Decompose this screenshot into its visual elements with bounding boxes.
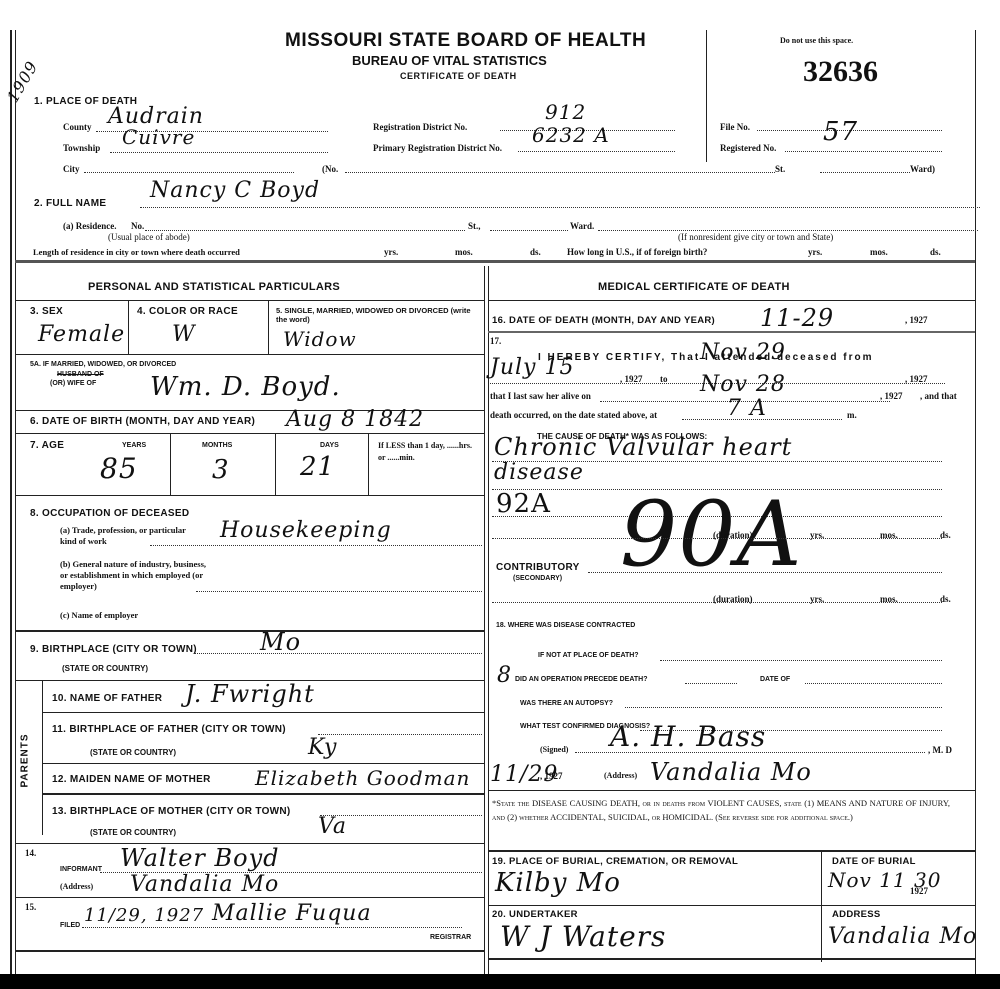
form-doc-type: CERTIFICATE OF DEATH	[400, 71, 517, 81]
age-divider-3	[368, 433, 369, 495]
primary-reg-district-label: Primary Registration District No.	[373, 143, 502, 153]
father-city-field[interactable]	[318, 725, 482, 735]
residence-no-label: No.	[131, 221, 144, 231]
days-value[interactable]: 21	[300, 452, 335, 482]
attended-from-year: , 1927	[620, 374, 643, 384]
attended-to-year: , 1927	[905, 374, 928, 384]
undertaker-label: 20. UNDERTAKER	[492, 909, 578, 920]
form-title: MISSOURI STATE BOARD OF HEALTH	[285, 30, 646, 52]
primary-reg-district-value: 6232 A	[532, 123, 610, 147]
burial-date-label: DATE OF BURIAL	[832, 856, 916, 867]
spouse-label-2: HUSBAND OF	[57, 371, 104, 378]
section-divider	[15, 260, 975, 263]
row-line-footnote	[488, 850, 975, 852]
dod-label: 16. DATE OF DEATH (MONTH, DAY AND YEAR)	[492, 315, 715, 326]
where-contracted-num: 18.	[496, 622, 506, 629]
scan-bottom-edge	[0, 974, 1000, 989]
sex-label: 3. SEX	[30, 306, 63, 317]
contributory-label: CONTRIBUTORY	[496, 562, 580, 573]
mother-birthplace-label: 13. BIRTHPLACE OF MOTHER (CITY OR TOWN)	[52, 806, 291, 817]
filed-field[interactable]: 11/29, 1927 Mallie Fuqua	[82, 915, 462, 928]
parents-label: PARENTS	[20, 733, 31, 787]
foreign-ds-label: ds.	[930, 247, 941, 257]
age-label: 7. AGE	[30, 440, 64, 451]
undertaker-address-value[interactable]: Vandalia Mo	[828, 924, 977, 949]
nonresident-note: (If nonresident give city or town and St…	[678, 232, 833, 242]
and-that-label: , and that	[920, 391, 957, 401]
marital-value[interactable]: Widow	[283, 327, 357, 351]
dob-label: 6. DATE OF BIRTH (MONTH, DAY AND YEAR)	[30, 416, 255, 427]
certificate-number: 32636	[803, 55, 878, 89]
cause-code: 92A	[496, 489, 551, 519]
full-name-field[interactable]: Nancy C Boyd	[140, 188, 980, 208]
medical-section-title: MEDICAL CERTIFICATE OF DEATH	[598, 281, 790, 293]
not-place-field[interactable]	[660, 652, 942, 661]
residence-st-label: St.,	[468, 221, 481, 231]
md-label: , M. D	[928, 745, 952, 755]
occ-a-value: Housekeeping	[220, 518, 392, 543]
operation-label: DID AN OPERATION PRECEDE DEATH?	[515, 676, 648, 683]
m-label: m.	[847, 410, 857, 420]
address-value[interactable]: Vandalia Mo	[650, 758, 812, 786]
column-divider-right	[488, 266, 489, 974]
township-field[interactable]: Cuivre	[110, 133, 328, 153]
autopsy-label: WAS THERE AN AUTOPSY?	[520, 700, 613, 707]
full-name-value: Nancy C Boyd	[150, 178, 320, 203]
father-birthplace-value[interactable]: Ky	[308, 735, 337, 760]
row-line-15	[15, 950, 484, 952]
cause-line1-value: Chronic Valvular heart	[494, 433, 792, 461]
duration-yrs-1: yrs.	[810, 530, 824, 540]
foreign-mos-label: mos.	[870, 247, 888, 257]
last-saw-label: that I last saw her alive on	[490, 391, 591, 401]
mother-name-value[interactable]: Elizabeth Goodman	[255, 766, 470, 790]
last-saw-value: Nov 28	[700, 372, 786, 397]
row-line-3	[15, 354, 484, 355]
burial-date-year: 1927	[910, 886, 928, 896]
filed-label: FILED	[60, 922, 80, 929]
form-subtitle: BUREAU OF VITAL STATISTICS	[352, 53, 547, 68]
autopsy-field[interactable]	[625, 699, 942, 708]
city-st-label: St.	[775, 164, 785, 174]
birthplace-sub: (STATE OR COUNTRY)	[62, 664, 148, 673]
death-occurred-label: death occurred, on the date stated above…	[490, 410, 657, 420]
race-value[interactable]: W	[172, 322, 196, 347]
years-value[interactable]: 85	[100, 452, 138, 485]
months-label: MONTHS	[202, 442, 232, 449]
city-no-label: (No.	[322, 164, 338, 174]
operation-field[interactable]	[685, 675, 737, 684]
ward-label: Ward)	[910, 164, 935, 174]
row-line-12	[42, 793, 484, 795]
residence-ward-field[interactable]	[490, 219, 568, 231]
registered-no-field[interactable]: 57	[785, 131, 942, 152]
days-label: DAYS	[320, 442, 339, 449]
city-ward-field[interactable]	[820, 154, 910, 173]
mother-name-label: 12. MAIDEN NAME OF MOTHER	[52, 774, 211, 785]
length-yrs-label: yrs.	[384, 247, 398, 257]
attended-from[interactable]: July 15	[490, 355, 574, 380]
left-border-inner	[15, 30, 16, 975]
reg-district-label: Registration District No.	[373, 122, 467, 132]
row-line-7	[15, 495, 484, 496]
age-divider-1	[170, 433, 171, 495]
column-divider-left	[484, 266, 485, 974]
personal-section-title: PERSONAL AND STATISTICAL PARTICULARS	[88, 281, 340, 293]
undertaker-value[interactable]: W J Waters	[500, 920, 666, 953]
undertaker-address-label: ADDRESS	[832, 909, 881, 920]
years-label: YEARS	[122, 442, 146, 449]
father-name-label: 10. NAME OF FATHER	[52, 693, 162, 704]
duration-ds-2: ds.	[940, 594, 951, 604]
length-ds-label: ds.	[530, 247, 541, 257]
header-divider	[706, 30, 707, 162]
occ-b-label: (b) General nature of industry, business…	[60, 559, 210, 592]
father-birthplace-sub: (STATE OR COUNTRY)	[90, 748, 176, 757]
dob-value[interactable]: Aug 8 1842	[286, 407, 424, 432]
sex-race-divider	[128, 300, 129, 354]
certify-num: 17.	[490, 336, 501, 346]
duration-mos-1: mos.	[880, 530, 898, 540]
date-of-label: DATE OF	[760, 676, 790, 683]
row-line-16	[488, 331, 975, 333]
informant-num: 14.	[25, 848, 36, 858]
parents-divider	[42, 680, 43, 835]
race-label: 4. COLOR OR RACE	[137, 306, 238, 317]
row-line-19	[488, 905, 975, 906]
file-no-label: File No.	[720, 122, 750, 132]
row-line-8	[15, 630, 484, 632]
medical-margin-mark: 8	[497, 663, 512, 688]
time-value: 7 A	[727, 396, 767, 421]
spouse-value[interactable]: Wm. D. Boyd.	[150, 372, 341, 402]
father-name-value[interactable]: J. Fwright	[185, 680, 315, 708]
medical-header-line	[488, 300, 975, 301]
abode-note: (Usual place of abode)	[108, 232, 190, 242]
race-marital-divider	[268, 300, 269, 354]
signed-year: , 1927	[540, 771, 563, 781]
duration-yrs-2: yrs.	[810, 594, 824, 604]
contributory-field[interactable]	[588, 563, 942, 573]
cause-line2-value: disease	[494, 460, 584, 485]
birthplace-label: 9. BIRTHPLACE (CITY OR TOWN)	[30, 644, 197, 655]
residence-ward-label: Ward.	[570, 221, 594, 231]
occ-a-field[interactable]: Housekeeping	[150, 528, 482, 546]
city-street-field[interactable]	[345, 154, 775, 173]
row-line-18	[488, 790, 975, 791]
occ-b-field[interactable]	[196, 582, 482, 592]
left-border-outer	[10, 30, 12, 975]
burial-place-label: 19. PLACE OF BURIAL, CREMATION, OR REMOV…	[492, 856, 738, 867]
informant-address-value[interactable]: Vandalia Mo	[130, 872, 279, 897]
township-value: Cuivre	[122, 125, 195, 149]
where-contracted-label: 18. WHERE WAS DISEASE CONTRACTED	[496, 622, 635, 629]
not-place-label: IF NOT AT PLACE OF DEATH?	[538, 652, 639, 659]
length-mos-label: mos.	[455, 247, 473, 257]
reg-district-value: 912	[545, 100, 586, 124]
personal-header-line	[15, 300, 484, 301]
primary-reg-district-field[interactable]: 6232 A	[518, 131, 675, 152]
duration-mos-2: mos.	[880, 594, 898, 604]
residence-field[interactable]	[145, 219, 465, 231]
residence-label: (a) Residence.	[63, 221, 117, 231]
full-name-label: 2. FULL NAME	[34, 198, 106, 209]
duration-label-2: (duration)	[713, 594, 753, 604]
office-note: Do not use this space.	[780, 36, 853, 45]
age-divider-2	[275, 433, 276, 495]
spouse-label-3: (OR) WIFE OF	[50, 380, 96, 387]
attended-to[interactable]: Nov 29	[700, 340, 786, 365]
row-line-6	[15, 433, 484, 434]
row-line-10	[42, 712, 484, 713]
occ-c-label: (c) Name of employer	[60, 610, 138, 620]
last-saw-year: , 1927	[880, 391, 903, 401]
informant-value: Walter Boyd	[120, 844, 280, 872]
duration-label-1: (duration)	[713, 530, 753, 540]
signed-label: (Signed)	[540, 745, 568, 754]
duration-ds-1: ds.	[940, 530, 951, 540]
less-than-day-label: If LESS than 1 day, ......hrs. or ......…	[378, 440, 473, 464]
birthplace-value: Mo	[260, 628, 301, 656]
filed-num: 15.	[25, 902, 36, 912]
row-line-11	[42, 763, 484, 764]
secondary-label: (SECONDARY)	[513, 575, 562, 582]
registrar-label: REGISTRAR	[430, 934, 471, 941]
sex-value[interactable]: Female	[38, 322, 125, 347]
birthplace-field[interactable]: Mo	[195, 640, 482, 654]
informant-label: INFORMANT	[60, 866, 102, 873]
row-line-20	[488, 958, 975, 960]
registrar-value: Mallie Fuqua	[212, 901, 372, 926]
mother-birthplace-sub: (STATE OR COUNTRY)	[90, 828, 176, 837]
months-value[interactable]: 3	[212, 455, 230, 485]
residence-extra-field[interactable]	[598, 219, 978, 231]
registered-no-label: Registered No.	[720, 143, 776, 153]
informant-address-label: (Address)	[60, 882, 93, 891]
mother-birthplace-value[interactable]: Va	[318, 814, 347, 839]
operation-date-field[interactable]	[805, 675, 942, 684]
county-label: County	[63, 122, 92, 132]
dod-year: , 1927	[905, 315, 928, 325]
to-label: to	[660, 374, 668, 384]
father-birthplace-label: 11. BIRTHPLACE OF FATHER (CITY OR TOWN)	[52, 724, 286, 735]
burial-place-value[interactable]: Kilby Mo	[495, 868, 621, 898]
dod-value[interactable]: 11-29	[760, 304, 834, 332]
signed-value: A. H. Bass	[610, 720, 766, 753]
filed-value: 11/29, 1927	[84, 905, 204, 926]
right-border	[975, 30, 976, 975]
city-field[interactable]	[84, 154, 294, 173]
row-line-14	[15, 897, 484, 898]
township-label: Township	[63, 143, 100, 153]
spouse-label-1: 5A. IF MARRIED, WIDOWED, OR DIVORCED	[30, 361, 176, 368]
length-residence-label: Length of residence in city or town wher…	[33, 247, 240, 257]
footnote: *State the DISEASE CAUSING DEATH, or in …	[492, 796, 950, 824]
occupation-label: 8. OCCUPATION OF DECEASED	[30, 508, 189, 519]
foreign-yrs-label: yrs.	[808, 247, 822, 257]
informant-field[interactable]: Walter Boyd	[100, 858, 482, 873]
registered-no-value: 57	[823, 117, 858, 147]
foreign-birth-label: How long in U.S., if of foreign birth?	[567, 247, 707, 257]
where-contracted-text: WHERE WAS DISEASE CONTRACTED	[508, 622, 636, 629]
burial-divider	[821, 850, 822, 962]
city-label: City	[63, 164, 80, 174]
marital-label: 5. SINGLE, MARRIED, WIDOWED OR DIVORCED …	[276, 306, 476, 324]
address-label: (Address)	[604, 771, 637, 780]
